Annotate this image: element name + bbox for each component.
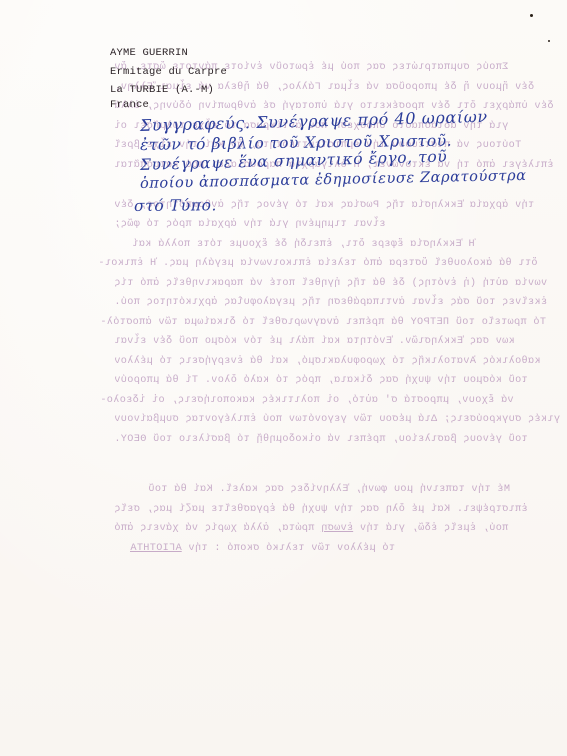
- bleed-line: πού, ἐμεῖς ἐδῶ, γιά τήν ἑνωση πρώτα, ἀλλ…: [114, 523, 508, 534]
- bleed-line: εἶναι τιμημένη γιά τήν ἀρχαία πρός τό φῶ…: [114, 219, 385, 230]
- bleed-line: νά ἔχουν, μπροστά σ' αὐτό, οἱ πολιτικές …: [100, 395, 514, 406]
- bleed-line: καθολικός Ἀνατολικῆς τό χωροφυλακισμό, κ…: [114, 356, 541, 367]
- ink-speck-1: [530, 14, 533, 17]
- bleed-line: τό μέλλον τῶν τελικό σκοπό : τήν ΑΓΙΟΤΗΤ…: [130, 543, 395, 554]
- sender-name: AYME GUERRIN: [110, 44, 227, 63]
- bleed-line: Ἡ Ἐκκλησία ἔφερε ὅτι, ἐπειδή δέ ἔχουμε τ…: [132, 239, 475, 250]
- ink-speck-2: [548, 40, 550, 42]
- bleed-line: γικές συγκρούσεις; Διά μέσου τῶν γεγονότ…: [114, 414, 560, 425]
- bleed-line: νωνία αὐτή (ἡ ἑνότης) δέ θά τῆς ἡγηθεῖ π…: [114, 278, 547, 289]
- bleed-line: τοῦ κόσμου τήν ψυχή σας δίκαια, πρός τό …: [114, 375, 528, 386]
- bleed-line: ἐκεῖνες τοῦ σάς εἶναι ἀντιπαράθεση τῆς μ…: [114, 297, 547, 308]
- bleed-line: Μέ τήν ταπεινή μου φωνή, Ἐλληνίδες σας κ…: [148, 484, 510, 495]
- bleed-line: κων σας Ἐκκλησιῶν. Ἐνότητα καί πάλι μέ τ…: [114, 336, 515, 347]
- bleed-line: ὅτι θά ἀκολουθεῖ ὕστερα ἀπό τελεία ἐπικο…: [98, 258, 538, 269]
- bleed-line: ἐπιστρέψει. Καί μέ ὅλη σας τήν ψυχή θά ἐ…: [114, 504, 528, 515]
- scanned-page: Σπούς συμπατριώτες σας πού μέ ἐρωτοῦν ἐν…: [0, 0, 567, 756]
- bleed-line: τοῦ γένους βασιλείου, πρέπει νά οἰκοδομη…: [114, 434, 528, 445]
- bleed-line: Τό πρωτεῖο τοῦ ΠΕΤΡΟΥ θά πρέπει ἀναγνωρι…: [100, 317, 546, 328]
- sender-address: AYME GUERRIN Ermitage du Carpre La TURBI…: [110, 44, 227, 114]
- sender-address-line1: Ermitage du Carpre: [110, 63, 227, 82]
- handwritten-line: στό Τύπο.: [134, 196, 217, 215]
